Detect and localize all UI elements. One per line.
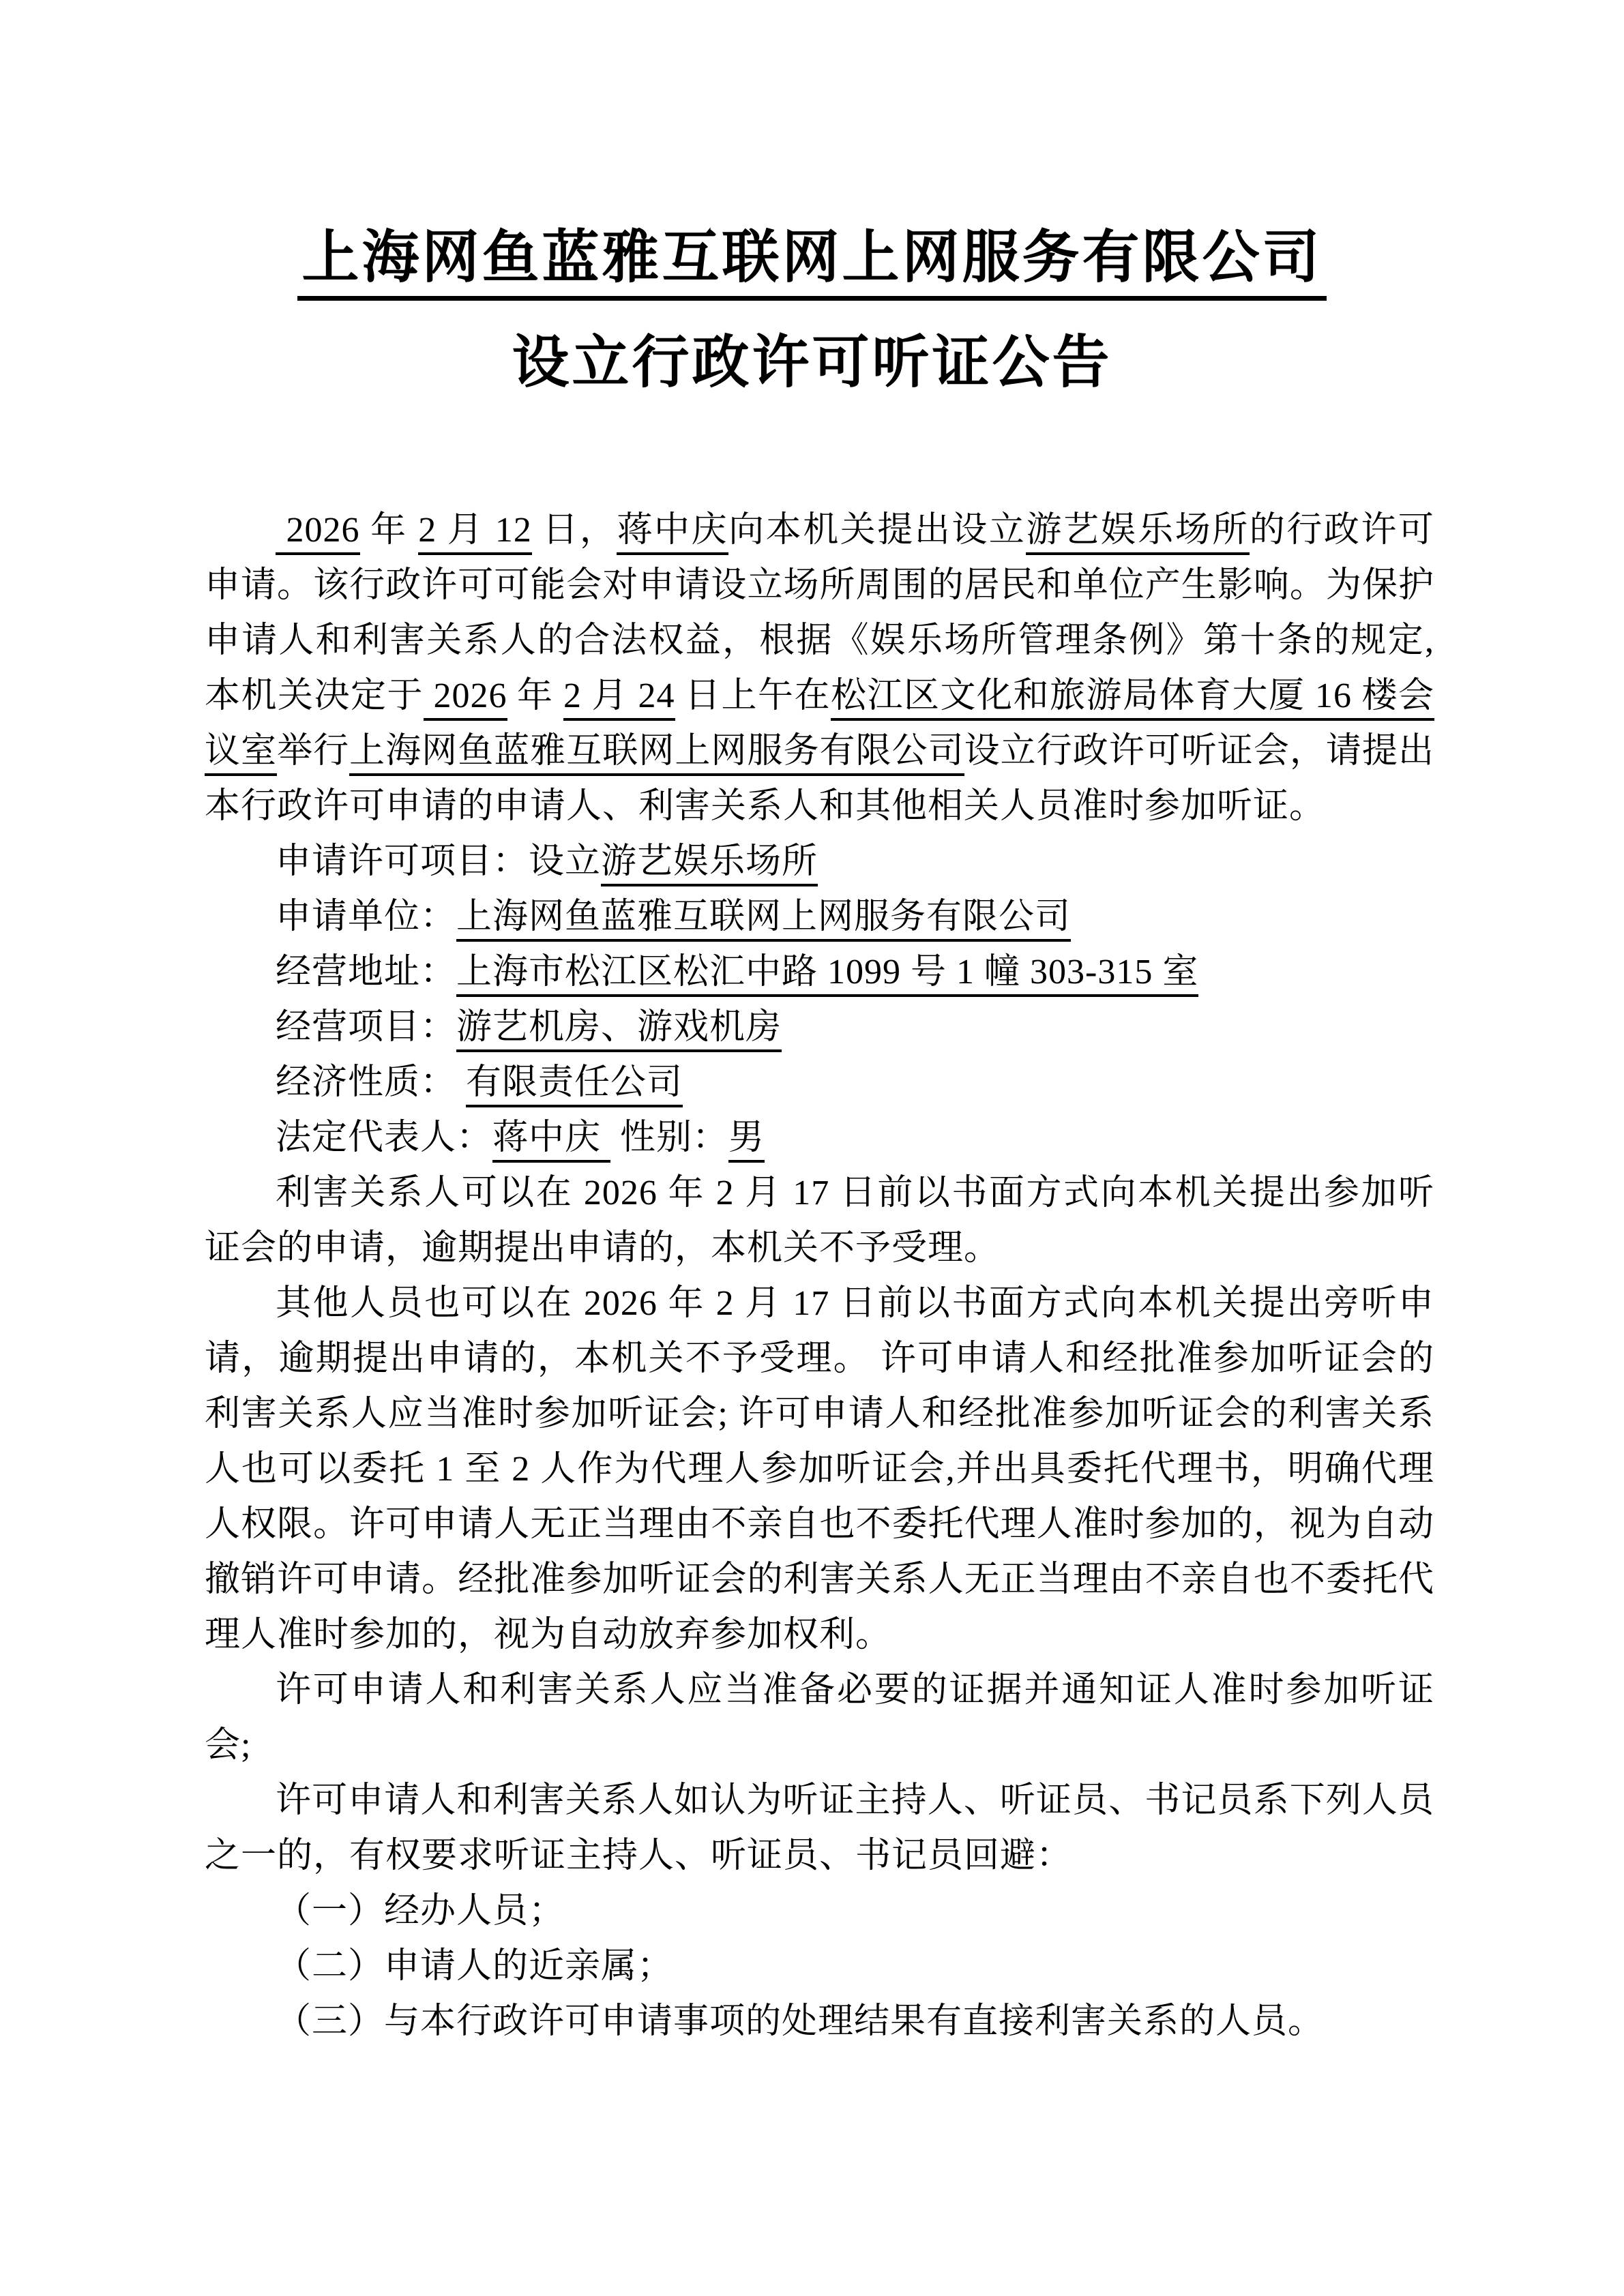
paragraph: 其他人员也可以在 2026 年 2 月 17 日前以书面方式向本机关提出旁听申请…	[205, 1276, 1434, 1663]
text-run: （二）申请人的近亲属；	[276, 1947, 673, 1986]
document-body: 2026 年 2 月 12 日，蒋中庆向本机关提出设立游艺娱乐场所的行政许可申请…	[205, 503, 1434, 2049]
text-run: 申请许可项目：设立	[276, 842, 601, 881]
document-title-block: 上海网鱼蓝雅互联网上网服务有限公司	[0, 0, 1624, 301]
underlined-text: 2 月 12	[418, 511, 532, 555]
underlined-text: 蒋中庆	[492, 1118, 610, 1163]
document-title-announcement: 设立行政许可听证公告	[0, 331, 1624, 393]
paragraph: （二）申请人的近亲属；	[205, 1939, 1434, 1994]
text-run: 其他人员也可以在 2026 年 2 月 17 日前以书面方式向本机关提出旁听申请…	[205, 1284, 1434, 1654]
text-run: 举行	[277, 732, 349, 771]
document-title-company: 上海网鱼蓝雅互联网上网服务有限公司	[297, 225, 1326, 301]
paragraph: 2026 年 2 月 12 日，蒋中庆向本机关提出设立游艺娱乐场所的行政许可申请…	[205, 503, 1434, 834]
underlined-text: 2026	[424, 676, 507, 721]
document-page: 上海网鱼蓝雅互联网上网服务有限公司 设立行政许可听证公告 2026 年 2 月 …	[0, 0, 1624, 2296]
text-run: 经营地址：	[276, 953, 456, 992]
paragraph: 经营地址：上海市松江区松汇中路 1099 号 1 幢 303-315 室	[205, 944, 1434, 1000]
paragraph: 许可申请人和利害关系人应当准备必要的证据并通知证人准时参加听证会;	[205, 1663, 1434, 1773]
text-run: 向本机关提出设立	[728, 511, 1026, 550]
text-run: 经营项目：	[276, 1008, 456, 1047]
underlined-text: 上海网鱼蓝雅互联网上网服务有限公司	[349, 732, 964, 776]
text-run: 日上午在	[675, 676, 831, 715]
underlined-text: 上海市松江区松汇中路 1099 号 1 幢 303-315 室	[456, 953, 1198, 997]
paragraph: 申请许可项目：设立游艺娱乐场所	[205, 834, 1434, 889]
paragraph: 利害关系人可以在 2026 年 2 月 17 日前以书面方式向本机关提出参加听证…	[205, 1165, 1434, 1276]
underlined-text: 蒋中庆	[617, 511, 728, 555]
underlined-text: 游艺机房、游戏机房	[456, 1008, 782, 1052]
underlined-text: 2 月 24	[563, 676, 675, 721]
text-run: （三）与本行政许可申请事项的处理结果有直接利害关系的人员。	[276, 2002, 1324, 2041]
paragraph: 申请单位：上海网鱼蓝雅互联网上网服务有限公司	[205, 889, 1434, 944]
text-run: （一）经办人员；	[276, 1892, 565, 1930]
paragraph: 许可申请人和利害关系人如认为听证主持人、听证员、书记员系下列人员之一的，有权要求…	[205, 1773, 1434, 1883]
paragraph: 法定代表人：蒋中庆 性别：男	[205, 1110, 1434, 1165]
underlined-text: 上海网鱼蓝雅互联网上网服务有限公司	[456, 897, 1071, 942]
text-run: 许可申请人和利害关系人如认为听证主持人、听证员、书记员系下列人员之一的，有权要求…	[205, 1781, 1434, 1875]
paragraph: 经营项目：游艺机房、游戏机房	[205, 1000, 1434, 1055]
text-run: 法定代表人：	[276, 1118, 492, 1157]
paragraph: 经济性质： 有限责任公司	[205, 1055, 1434, 1110]
paragraph: （三）与本行政许可申请事项的处理结果有直接利害关系的人员。	[205, 1994, 1434, 2049]
underlined-text: 游艺娱乐场所	[1026, 511, 1249, 555]
text-run: 年	[507, 676, 564, 715]
underlined-text: 有限责任公司	[466, 1063, 683, 1107]
paragraph: （一）经办人员；	[205, 1883, 1434, 1939]
underlined-text: 男	[728, 1118, 765, 1163]
text-run: 经济性质：	[276, 1063, 466, 1102]
text-run: 利害关系人可以在 2026 年 2 月 17 日前以书面方式向本机关提出参加听证…	[205, 1174, 1434, 1268]
text-run: 申请单位：	[276, 897, 456, 936]
text-run: 许可申请人和利害关系人应当准备必要的证据并通知证人准时参加听证会;	[205, 1671, 1434, 1765]
underlined-text: 游艺娱乐场所	[601, 842, 818, 886]
underlined-text: 2026	[276, 511, 360, 555]
text-run: 日，	[532, 511, 617, 550]
text-run: 性别：	[610, 1118, 728, 1157]
text-run: 年	[360, 511, 419, 550]
